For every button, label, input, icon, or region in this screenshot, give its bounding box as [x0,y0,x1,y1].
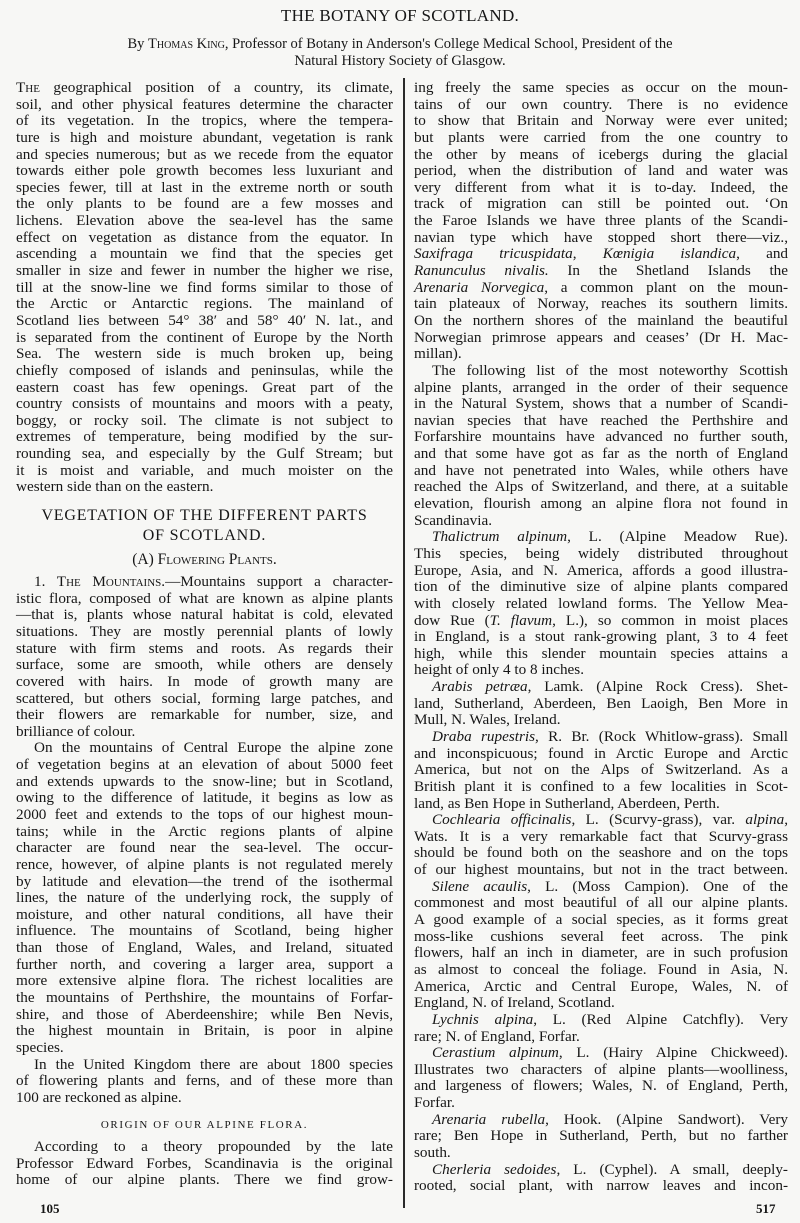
species-entry: Arabis petræa, Lamk. (Alpine Rock Cress)… [414,679,788,729]
text-line: Wats. It is a very remarkable fact that … [414,829,788,846]
species-name: Kœnigia islandica [603,245,736,262]
text-line: till at the snow-line we find forms simi… [16,280,393,297]
text-line: rare; N. of England, Forfar. [414,1029,788,1046]
text-line: flowers, half an inch in diameter, are i… [414,945,788,962]
byline-line-1: By Thomas King, Professor of Botany in A… [40,36,760,53]
mountains-paragraph: 1. The Mountains.—Mountains support a ch… [16,574,393,740]
text-line: high, while this slender mountain specie… [414,646,788,663]
text-line: in the Natural System, shows that a numb… [414,396,788,413]
text-line: dow Rue (T. flavum, L.), so common in mo… [414,613,788,630]
text-line: 2000 feet and extends to the tops of our… [16,807,393,824]
author-name: Thomas King [148,36,225,52]
text-line: of flowering plants and ferns, and of th… [16,1073,393,1090]
text-line: very different from what it is to-day. I… [414,180,788,197]
species-name: Arabis petræa [432,678,528,695]
text-line: America, but not on the Alps of Switzerl… [414,762,788,779]
text-line: commonest and most beautiful of all our … [414,895,788,912]
text-line: but plants were carried from the one cou… [414,130,788,147]
text-line: the other by means of icebergs during th… [414,147,788,164]
text-line: Cerastium alpinum, L. (Hairy Alpine Chic… [414,1045,788,1062]
text-line: in England, is a stout rank-growing plan… [414,629,788,646]
species-name: Cochlearia officinalis [432,811,571,828]
text-line: The geographical position of a country, … [16,80,393,97]
text-line: and that some have got as far as the nor… [414,446,788,463]
text-line: Cochlearia officinalis, L. (Scurvy-grass… [414,812,788,829]
text-line: Forfar. [414,1095,788,1112]
text-line: Silene acaulis, L. (Moss Campion). One o… [414,879,788,896]
central-europe-paragraph: On the mountains of Central Europe the a… [16,740,393,1056]
text-line: home of our alpine plants. There we find… [16,1172,393,1189]
text-line: British plant it is confined to a few lo… [414,779,788,796]
species-entry: Cerastium alpinum, L. (Hairy Alpine Chic… [414,1045,788,1112]
text-line: track of migration can still be pointed … [414,196,788,213]
text-line: rooted, social plant, with narrow leaves… [414,1178,788,1195]
text-line: surface, some are smooth, while others a… [16,657,393,674]
text-line: extremes of temperature, being modified … [16,429,393,446]
text-line: covered with hairs. In mode of growth ma… [16,674,393,691]
column-divider [403,78,405,1208]
text-line: land, Sutherland, Aberdeen, Ben Laoigh, … [414,696,788,713]
text-line: Ranunculus nivalis. In the Shetland Isla… [414,263,788,280]
text-line: On the mountains of Central Europe the a… [16,740,393,757]
text-line: is separated from the continent of Europ… [16,330,393,347]
text-line: the Faroe Islands we have three plants o… [414,213,788,230]
text-line: the mountains of Perthshire, the mountai… [16,990,393,1007]
text-line: On the northern shores of the mainland t… [414,313,788,330]
list-intro-paragraph: The following list of the most noteworth… [414,363,788,529]
text-line: chiefly composed of islands and peninsul… [16,363,393,380]
text-line: species. [16,1040,393,1057]
byline-prefix: By [127,36,144,52]
text-line: The following list of the most noteworth… [414,363,788,380]
text-line: Illustrates two characters of alpine pla… [414,1062,788,1079]
text-line: —that is, plants whose natural habitat i… [16,607,393,624]
text-line: England, N. of Ireland, Scotland. [414,995,788,1012]
drop-word: The [16,79,40,96]
text-line: species fewer, till at last in the extre… [16,180,393,197]
text-line: land, as Ben Hope in Sutherland, Aberdee… [414,796,788,813]
text-line: towards either pole growth becomes less … [16,163,393,180]
species-name: Cherleria sedoides [432,1161,556,1178]
left-column: The geographical position of a country, … [16,80,393,1189]
text-line: istic flora, composed of what are known … [16,591,393,608]
species-entry: Cochlearia officinalis, L. (Scurvy-grass… [414,812,788,879]
text-line: Saxifraga tricuspidata, Kœnigia islandic… [414,246,788,263]
text-line: the Arctic or Antarctic regions. The mai… [16,296,393,313]
text-line: ture is high and moisture abundant, vege… [16,130,393,147]
byline-line-2: Natural History Society of Glasgow. [40,53,760,70]
text-line: A good example of a social species, as i… [414,912,788,929]
text-line: America, Arctic and Central Europe, Wale… [414,979,788,996]
species-name: Draba rupestris [432,728,535,745]
text-line: Arenaria Norvegica, a common plant on th… [414,280,788,297]
text-line: Draba rupestris, R. Br. (Rock Whitlow-gr… [414,729,788,746]
species-entry: Arenaria rubella, Hook. (Alpine Sandwort… [414,1112,788,1162]
text-line: scattered, but others social, forming la… [16,691,393,708]
text-line: Europe, Asia, and N. America, affords a … [414,563,788,580]
paragraph-label: 1. The Mountains. [34,573,165,590]
text-line: by latitude and elevation—the trend of t… [16,874,393,891]
species-name: Cerastium alpinum [432,1044,559,1061]
text-line: further north, and covering a larger are… [16,957,393,974]
text-line: Thalictrum alpinum, L. (Alpine Meadow Ru… [414,529,788,546]
text-line: boggy, or rocky soil. The climate is not… [16,413,393,430]
text-line: Scotland lies between 54° 38′ and 58° 40… [16,313,393,330]
text-line: 100 are reckoned as alpine. [16,1090,393,1107]
author-affiliation: , Professor of Botany in Anderson's Coll… [225,36,673,52]
origin-paragraph: According to a theory propounded by the … [16,1139,393,1189]
species-name: Arenaria Norvegica [414,279,544,296]
text-line: ing freely the same species as occur on … [414,80,788,97]
text-line: tain plateaux of Norway, reaches its sou… [414,296,788,313]
text-line: stature with firm stems and roots. As re… [16,641,393,658]
text-line: Forfarshire mountains have advanced no f… [414,429,788,446]
right-column: ing freely the same species as occur on … [414,80,788,1195]
text-line: and extends upwards to the snow-line; bu… [16,774,393,791]
section-heading: VEGETATION OF THE DIFFERENT PARTS OF SCO… [16,506,393,546]
species-entry: Silene acaulis, L. (Moss Campion). One o… [414,879,788,1012]
text-line: reached the Alps of Switzerland, and the… [414,479,788,496]
text-line: tains of our own country. There is no ev… [414,97,788,114]
text-line: 1. The Mountains.—Mountains support a ch… [16,574,393,591]
text-line: Sea. The western side is much broken up,… [16,346,393,363]
species-entry: Lychnis alpina, L. (Red Alpine Catchfly)… [414,1012,788,1045]
text-line: Arenaria rubella, Hook. (Alpine Sandwort… [414,1112,788,1129]
text-line: it is moist and variable, and much moist… [16,463,393,480]
text-line: smaller in size and fewer in number the … [16,263,393,280]
text-line: soil, and other physical features determ… [16,97,393,114]
text-line: their flowers are remarkable for number,… [16,707,393,724]
text-line: millan). [414,346,788,363]
text-line: Lychnis alpina, L. (Red Alpine Catchfly)… [414,1012,788,1029]
species-name: Lychnis alpina [432,1011,533,1028]
text-line: with closely related lowland forms. The … [414,596,788,613]
text-line: alpine plants, arranged in the order of … [414,380,788,397]
text-line: shire, and those of Aberdeenshire; while… [16,1007,393,1024]
text-line: tains; while in the Arctic regions plant… [16,824,393,841]
text-line: This species, being widely distributed t… [414,546,788,563]
text-line: navian species that have reached the Per… [414,413,788,430]
article-title: THE BOTANY OF SCOTLAND. [0,6,800,26]
intro-paragraph: The geographical position of a country, … [16,80,393,496]
species-entry: Cherleria sedoides, L. (Cyphel). A small… [414,1162,788,1195]
text-line: rounding sea, and especially by the Gulf… [16,446,393,463]
text-line: western side than on the eastern. [16,479,393,496]
text-line: lines, the nature of the underlying rock… [16,890,393,907]
text-line: rare; Ben Hope in Sutherland, Perth, but… [414,1128,788,1145]
text-line: south. [414,1145,788,1162]
text-line: navian type which have stopped short the… [414,230,788,247]
text-line: period, when the distribution of land an… [414,163,788,180]
text-line: Arabis petræa, Lamk. (Alpine Rock Cress)… [414,679,788,696]
text-line: than those of England, Wales, and Irelan… [16,940,393,957]
text-line: as almost to conceal the foliage. Found … [414,962,788,979]
text-line: In the United Kingdom there are about 18… [16,1057,393,1074]
text-line: Norwegian primrose appears and ceases’ (… [414,330,788,347]
species-name: T. flavum [490,612,552,629]
text-line: the highest mountain in Britain, is poor… [16,1023,393,1040]
text-line: Mull, N. Wales, Ireland. [414,712,788,729]
origin-heading: ORIGIN OF OUR ALPINE FLORA. [16,1117,393,1134]
text-line: influence. The mountains of Scotland, be… [16,923,393,940]
text-line: According to a theory propounded by the … [16,1139,393,1156]
species-name: Thalictrum alpinum [432,528,567,545]
text-line: height of only 4 to 8 inches. [414,662,788,679]
text-line: to show that Britain and Norway were eve… [414,113,788,130]
text-line: of vegetation begins at an elevation of … [16,757,393,774]
text-line: and inconspicuous; found in Arctic Europ… [414,746,788,763]
text-line: should be found both on the seashore and… [414,845,788,862]
text-line: the only plants to be found are a few mo… [16,196,393,213]
text-line: and have not penetrated into Wales, whil… [414,463,788,480]
text-line: moss-like cushions several feet across. … [414,929,788,946]
subsection-heading: (A) Flowering Plants. [16,550,393,570]
text-line: elevation, flourish among an alpine flor… [414,496,788,513]
text-line: situations. They are mostly perennial pl… [16,624,393,641]
text-line: and species numerous; but as we recede f… [16,147,393,164]
text-line: brilliance of colour. [16,724,393,741]
text-line: country consists of mountains and moors … [16,396,393,413]
variety-name: alpina [745,811,784,828]
species-entry: Thalictrum alpinum, L. (Alpine Meadow Ru… [414,529,788,679]
text-line: eastern coast has few openings. Great pa… [16,380,393,397]
text-line: rence, however, of alpine plants is not … [16,857,393,874]
uk-paragraph: In the United Kingdom there are about 18… [16,1057,393,1107]
text-line: Cherleria sedoides, L. (Cyphel). A small… [414,1162,788,1179]
species-name: Ranunculus nivalis. [414,262,549,279]
text-line: more extensive alpine flora. The richest… [16,973,393,990]
text-line: moisture, and other natural conditions, … [16,907,393,924]
text-line: character are found near the sea-level. … [16,840,393,857]
text-line: lichens. Elevation above the sea-level h… [16,213,393,230]
text-line: tion of the diminutive size of alpine pl… [414,579,788,596]
byline: By Thomas King, Professor of Botany in A… [40,36,760,70]
species-name: Silene acaulis [432,878,527,895]
species-name: Saxifraga tricuspidata [414,245,573,262]
text-line: ascending a mountain we find that the sp… [16,246,393,263]
text-line: Professor Edward Forbes, Scandinavia is … [16,1156,393,1173]
species-entry: Draba rupestris, R. Br. (Rock Whitlow-gr… [414,729,788,812]
text-line: of our highest mountains, but not in the… [414,862,788,879]
text-line: and largeness of flowers; Wales, N. of E… [414,1078,788,1095]
page-number-right: 517 [756,1201,776,1217]
page-number-left: 105 [40,1201,60,1217]
continuation-paragraph: ing freely the same species as occur on … [414,80,788,363]
text-line: Scandinavia. [414,513,788,530]
text-line: owing to the difference of latitude, it … [16,790,393,807]
text-line: of its vegetation. In the tropics, where… [16,113,393,130]
species-name: Arenaria rubella [432,1111,545,1128]
text-line: effect on vegetation as distance from th… [16,230,393,247]
